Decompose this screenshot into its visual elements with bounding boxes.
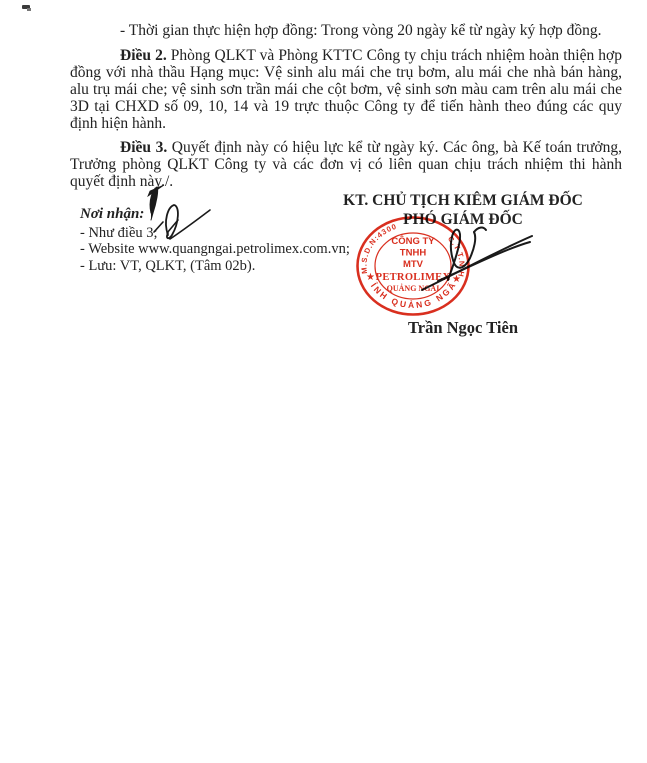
stamp-star-left-icon: ★	[366, 272, 375, 283]
recipients-label: Nơi nhận:	[80, 206, 380, 223]
signature-title-line1: KT. CHỦ TỊCH KIÊM GIÁM ĐỐC	[340, 191, 586, 210]
scanned-document-page: - Thời gian thực hiện hợp đồng: Trong vò…	[0, 0, 647, 763]
recipient-item: - Lưu: VT, QLKT, (Tâm 02b).	[80, 258, 380, 275]
article-3-label: Điều 3.	[120, 139, 167, 156]
signer-name: Trần Ngọc Tiên	[340, 318, 586, 338]
document-body: - Thời gian thực hiện hợp đồng: Trong vò…	[70, 22, 622, 190]
recipient-item: - Như điều 3;	[80, 225, 380, 242]
scan-artifact-mark	[22, 5, 30, 9]
recipients-block: Nơi nhận: - Như điều 3; - Website www.qu…	[80, 206, 380, 274]
director-signature	[420, 218, 540, 296]
article-2-label: Điều 2.	[120, 47, 167, 64]
contract-time-line: - Thời gian thực hiện hợp đồng: Trong vò…	[70, 22, 622, 39]
paraph-signature	[140, 183, 218, 245]
recipient-item: - Website www.quangngai.petrolimex.com.v…	[80, 241, 380, 258]
stamp-ring-top-left-text: M.S.D.N:4300	[359, 222, 398, 275]
article-2-paragraph: Điều 2. Phòng QLKT và Phòng KTTC Công ty…	[70, 47, 622, 132]
svg-text:M.S.D.N:4300: M.S.D.N:4300	[359, 222, 398, 275]
